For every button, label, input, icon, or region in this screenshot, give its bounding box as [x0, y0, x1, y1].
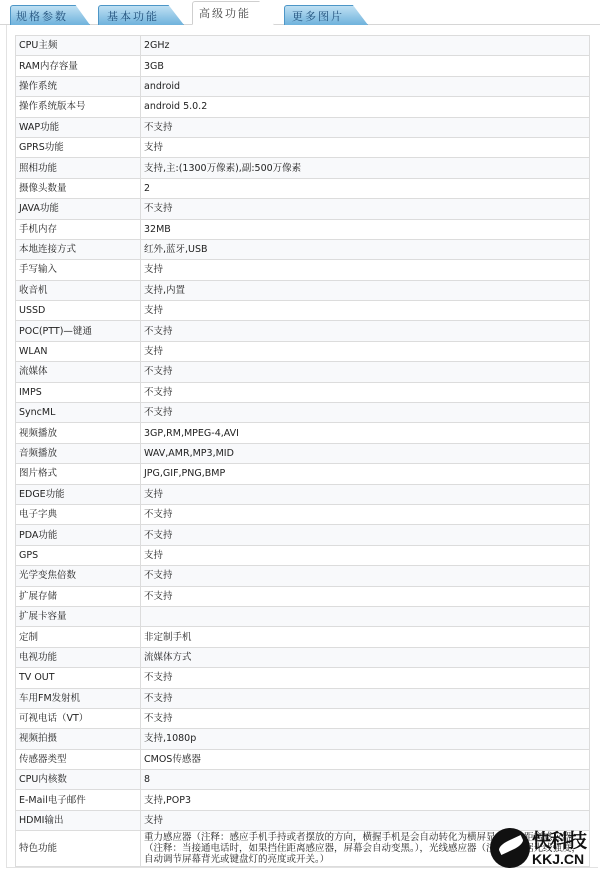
spec-row: SyncML不支持	[16, 403, 590, 423]
spec-row: 视频播放3GP,RM,MPEG-4,AVI	[16, 423, 590, 443]
spec-row: E-Mail电子邮件支持,POP3	[16, 790, 590, 810]
spec-key: E-Mail电子邮件	[16, 790, 141, 810]
spec-key: GPS	[16, 545, 141, 565]
spec-value	[141, 606, 590, 626]
spec-row: GPS支持	[16, 545, 590, 565]
spec-row: USSD支持	[16, 301, 590, 321]
spec-row: POC(PTT)—键通不支持	[16, 321, 590, 341]
spec-value: 不支持	[141, 566, 590, 586]
spec-value: 不支持	[141, 199, 590, 219]
spec-key: RAM内存容量	[16, 56, 141, 76]
spec-key: 操作系统	[16, 76, 141, 96]
spec-value: 不支持	[141, 403, 590, 423]
spec-value: 支持	[141, 484, 590, 504]
spec-row: CPU内核数8	[16, 770, 590, 790]
spec-value: 支持,1080p	[141, 729, 590, 749]
spec-key: 流媒体	[16, 362, 141, 382]
spec-key: 照相功能	[16, 158, 141, 178]
spec-row: CPU主频2GHz	[16, 36, 590, 56]
spec-key: 车用FM发射机	[16, 688, 141, 708]
spec-value: 不支持	[141, 382, 590, 402]
spec-value: 支持	[141, 260, 590, 280]
tab-more-pictures[interactable]: 更多图片	[284, 5, 368, 25]
tab-specs[interactable]: 规格参数	[10, 5, 90, 25]
spec-row: RAM内存容量3GB	[16, 56, 590, 76]
watermark: 快科技 KKJ.CN	[490, 826, 590, 870]
spec-key: TV OUT	[16, 668, 141, 688]
spec-value: 不支持	[141, 117, 590, 137]
spec-row: IMPS不支持	[16, 382, 590, 402]
spec-key: 光学变焦倍数	[16, 566, 141, 586]
watermark-cn: 快科技	[532, 830, 586, 852]
spec-key: 视频拍摄	[16, 729, 141, 749]
spec-row: 车用FM发射机不支持	[16, 688, 590, 708]
spec-row: 光学变焦倍数不支持	[16, 566, 590, 586]
spec-key: 电子字典	[16, 504, 141, 524]
spec-value: 红外,蓝牙,USB	[141, 239, 590, 259]
spec-value: 3GP,RM,MPEG-4,AVI	[141, 423, 590, 443]
spec-row: 图片格式JPG,GIF,PNG,BMP	[16, 464, 590, 484]
spec-key: PDA功能	[16, 525, 141, 545]
spec-row: TV OUT不支持	[16, 668, 590, 688]
spec-key: 电视功能	[16, 647, 141, 667]
spec-value: 不支持	[141, 668, 590, 688]
spec-row: JAVA功能不支持	[16, 199, 590, 219]
spec-key: USSD	[16, 301, 141, 321]
spec-value: 不支持	[141, 321, 590, 341]
spec-row: 摄像头数量2	[16, 178, 590, 198]
spec-value: 不支持	[141, 586, 590, 606]
spec-key: 传感器类型	[16, 749, 141, 769]
spec-value: android 5.0.2	[141, 97, 590, 117]
spec-row: PDA功能不支持	[16, 525, 590, 545]
spec-row: 流媒体不支持	[16, 362, 590, 382]
spec-row: 照相功能支持,主:(1300万像素),副:500万像素	[16, 158, 590, 178]
spec-value: android	[141, 76, 590, 96]
spec-key: 定制	[16, 627, 141, 647]
spec-row: 定制非定制手机	[16, 627, 590, 647]
tab-advanced-features[interactable]: 高级功能	[192, 1, 274, 25]
spec-key: 本地连接方式	[16, 239, 141, 259]
spec-row: 扩展存储不支持	[16, 586, 590, 606]
spec-key: 可视电话（VT）	[16, 708, 141, 728]
spec-value: 不支持	[141, 504, 590, 524]
spec-value: 支持,内置	[141, 280, 590, 300]
spec-value: 不支持	[141, 688, 590, 708]
kkj-logo-icon	[490, 828, 530, 868]
spec-value: 2	[141, 178, 590, 198]
spec-key: 手写输入	[16, 260, 141, 280]
spec-row: 手写输入支持	[16, 260, 590, 280]
spec-key: IMPS	[16, 382, 141, 402]
spec-row: 传感器类型CMOS传感器	[16, 749, 590, 769]
spec-key: POC(PTT)—键通	[16, 321, 141, 341]
spec-value: 支持	[141, 301, 590, 321]
spec-value: 8	[141, 770, 590, 790]
spec-row: 电视功能流媒体方式	[16, 647, 590, 667]
spec-key: 音频播放	[16, 443, 141, 463]
spec-value: 3GB	[141, 56, 590, 76]
spec-value: 不支持	[141, 362, 590, 382]
spec-value: JPG,GIF,PNG,BMP	[141, 464, 590, 484]
tab-bar: 规格参数 基本功能 高级功能 更多图片	[0, 0, 600, 25]
spec-key: 图片格式	[16, 464, 141, 484]
spec-key: 视频播放	[16, 423, 141, 443]
spec-value: 支持,主:(1300万像素),副:500万像素	[141, 158, 590, 178]
spec-key: 特色功能	[16, 831, 141, 867]
spec-value: 支持	[141, 341, 590, 361]
spec-row: 音频播放WAV,AMR,MP3,MID	[16, 443, 590, 463]
tab-basic-features[interactable]: 基本功能	[98, 5, 184, 25]
spec-row: 可视电话（VT）不支持	[16, 708, 590, 728]
spec-row: EDGE功能支持	[16, 484, 590, 504]
spec-row: 收音机支持,内置	[16, 280, 590, 300]
spec-key: 手机内存	[16, 219, 141, 239]
spec-key: WLAN	[16, 341, 141, 361]
spec-key: CPU主频	[16, 36, 141, 56]
spec-key: JAVA功能	[16, 199, 141, 219]
spec-table: CPU主频2GHzRAM内存容量3GB操作系统android操作系统版本号and…	[15, 35, 590, 867]
spec-value: 非定制手机	[141, 627, 590, 647]
spec-value: WAV,AMR,MP3,MID	[141, 443, 590, 463]
spec-key: 扩展存储	[16, 586, 141, 606]
spec-row: GPRS功能支持	[16, 137, 590, 157]
spec-row: 扩展卡容量	[16, 606, 590, 626]
spec-key: CPU内核数	[16, 770, 141, 790]
spec-value: 不支持	[141, 708, 590, 728]
spec-row: 操作系统版本号android 5.0.2	[16, 97, 590, 117]
spec-row: 手机内存32MB	[16, 219, 590, 239]
spec-key: 摄像头数量	[16, 178, 141, 198]
spec-key: SyncML	[16, 403, 141, 423]
spec-row: 本地连接方式红外,蓝牙,USB	[16, 239, 590, 259]
spec-row: 电子字典不支持	[16, 504, 590, 524]
spec-key: GPRS功能	[16, 137, 141, 157]
spec-value: 2GHz	[141, 36, 590, 56]
spec-value: CMOS传感器	[141, 749, 590, 769]
spec-value: 流媒体方式	[141, 647, 590, 667]
spec-key: 操作系统版本号	[16, 97, 141, 117]
spec-value: 32MB	[141, 219, 590, 239]
watermark-en: KKJ.CN	[532, 852, 586, 866]
spec-value: 支持	[141, 137, 590, 157]
spec-key: HDMI输出	[16, 810, 141, 830]
spec-value: 不支持	[141, 525, 590, 545]
spec-value: 支持	[141, 545, 590, 565]
spec-value: 支持,POP3	[141, 790, 590, 810]
spec-row: WLAN支持	[16, 341, 590, 361]
spec-row: 操作系统android	[16, 76, 590, 96]
spec-key: 收音机	[16, 280, 141, 300]
spec-row: WAP功能不支持	[16, 117, 590, 137]
spec-key: EDGE功能	[16, 484, 141, 504]
spec-key: WAP功能	[16, 117, 141, 137]
spec-row: 视频拍摄支持,1080p	[16, 729, 590, 749]
spec-key: 扩展卡容量	[16, 606, 141, 626]
